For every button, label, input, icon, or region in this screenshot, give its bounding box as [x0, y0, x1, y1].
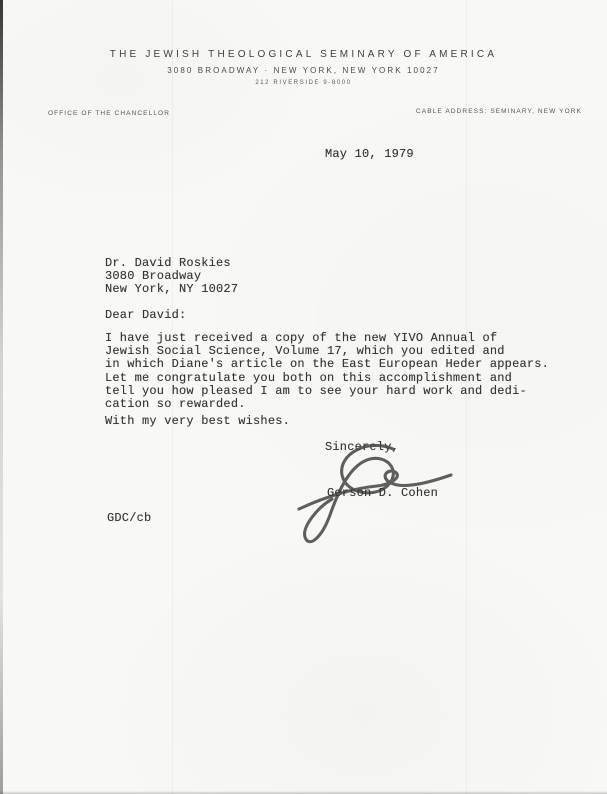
body-line: in which Diane's article on the East Eur…	[105, 358, 549, 371]
letter-date: May 10, 1979	[325, 148, 414, 161]
letterhead-address: 3080 BROADWAY · NEW YORK, NEW YORK 10027	[0, 66, 607, 75]
reference-initials: GDC/cb	[107, 512, 151, 525]
letter-page: THE JEWISH THEOLOGICAL SEMINARY OF AMERI…	[0, 0, 607, 794]
body-line: Let me congratulate you both on this acc…	[105, 372, 549, 385]
scan-edge-left	[0, 0, 3, 794]
letterhead-office-line: OFFICE OF THE CHANCELLOR	[48, 110, 170, 117]
signer-name: Gerson D. Cohen	[327, 487, 438, 500]
signoff: Sincerely,	[325, 441, 399, 454]
closing-line: With my very best wishes.	[105, 415, 290, 428]
letterhead-phone: 212 RIVERSIDE 9-8000	[0, 80, 607, 86]
letterhead-cable-line: CABLE ADDRESS: SEMINARY, NEW YORK	[416, 108, 582, 115]
body-line: cation so rewarded.	[105, 398, 549, 411]
letter-body: I have just received a copy of the new Y…	[105, 332, 549, 411]
letterhead-title: THE JEWISH THEOLOGICAL SEMINARY OF AMERI…	[0, 49, 607, 60]
recipient-line: New York, NY 10027	[105, 283, 238, 296]
salutation: Dear David:	[105, 309, 186, 322]
recipient-address-block: Dr. David Roskies 3080 Broadway New York…	[105, 257, 238, 297]
